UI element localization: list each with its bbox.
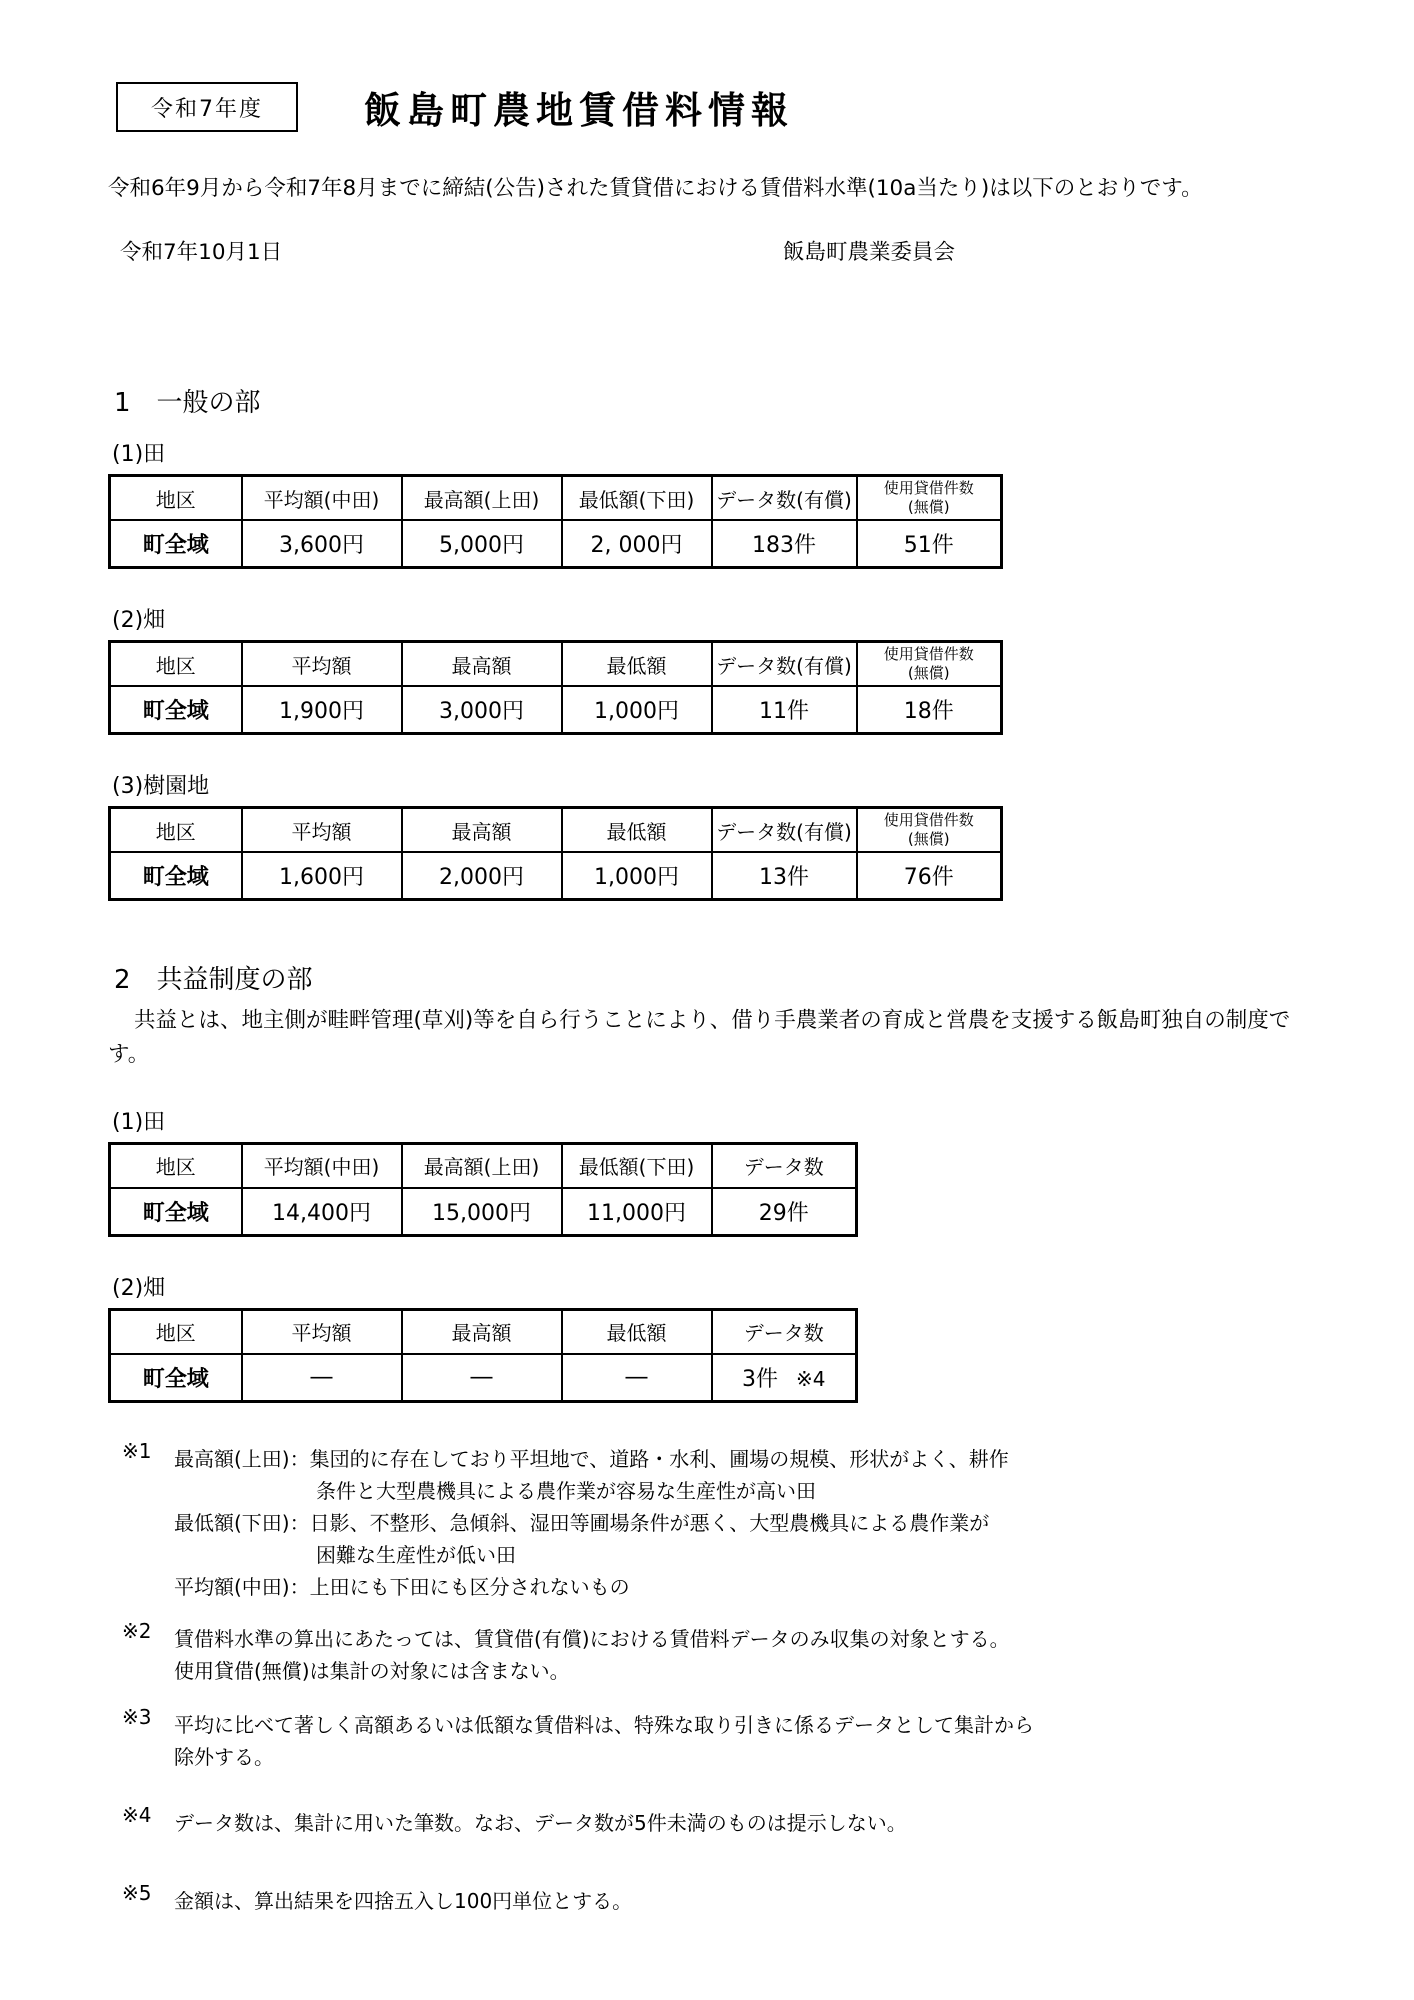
header-line-2: (無償) xyxy=(908,830,950,848)
column-header-min: 最低額(下田) xyxy=(562,1143,712,1188)
general-field-caption: (2)畑 xyxy=(112,603,1309,634)
column-header-data-count: データ数 xyxy=(712,1309,857,1354)
footnote-text: 賃借料水準の算出にあたっては、賃貸借(有償)における賃借料データのみ収集の対象と… xyxy=(174,1623,1010,1687)
footnote-line: 最高額(上田)：集団的に存在しており平坦地で、道路・水利、圃場の規模、形状がよく… xyxy=(174,1443,1009,1475)
cell-district: 町全域 xyxy=(110,852,242,900)
cell-max: 3,000円 xyxy=(402,686,562,734)
footnote-line: 平均に比べて著しく高額あるいは低額な賃借料は、特殊な取り引きに係るデータとして集… xyxy=(174,1709,1034,1741)
table-row: 町全域 3,600円 5,000円 2, 000円 183件 51件 xyxy=(110,520,1002,568)
cell-min: 2, 000円 xyxy=(562,520,712,568)
cell-average: 3,600円 xyxy=(242,520,402,568)
table-row: 町全域 1,600円 2,000円 1,000円 13件 76件 xyxy=(110,852,1002,900)
footnote-line: 金額は、算出結果を四捨五入し100円単位とする。 xyxy=(174,1885,632,1917)
column-header-district: 地区 xyxy=(110,476,242,521)
general-rice-caption: (1)田 xyxy=(112,437,1309,468)
footnote-text: 平均に比べて著しく高額あるいは低額な賃借料は、特殊な取り引きに係るデータとして集… xyxy=(174,1709,1034,1773)
column-header-average: 平均額(中田) xyxy=(242,476,402,521)
document-header: 令和7年度 飯島町農地賃借料情報 xyxy=(116,80,1309,134)
header-row: 地区 平均額(中田) 最高額(上田) 最低額(下田) データ数(有償) 使用貸借… xyxy=(110,476,1002,521)
cell-max: 15,000円 xyxy=(402,1188,562,1236)
cell-data-count: 11件 xyxy=(712,686,857,734)
cell-data-count: 13件 xyxy=(712,852,857,900)
cell-free-loan-count: 76件 xyxy=(857,852,1002,900)
cell-max: ― xyxy=(402,1354,562,1402)
footnote-marker: ※3 xyxy=(122,1705,174,1773)
column-header-average: 平均額 xyxy=(242,642,402,687)
footnote-marker: ※2 xyxy=(122,1619,174,1687)
cell-max: 5,000円 xyxy=(402,520,562,568)
kyoeki-field-table: 地区 平均額 最高額 最低額 データ数 町全域 ― ― ― 3件※4 xyxy=(108,1308,858,1403)
column-header-min: 最低額 xyxy=(562,1309,712,1354)
date-row: 令和7年10月1日 飯島町農業委員会 xyxy=(120,235,1309,266)
column-header-max: 最高額 xyxy=(402,1309,562,1354)
committee-name: 飯島町農業委員会 xyxy=(783,235,955,266)
cell-min: 1,000円 xyxy=(562,852,712,900)
footnote-line: 使用貸借(無償)は集計の対象には含まない。 xyxy=(174,1655,1010,1687)
footnote-2: ※2 賃借料水準の算出にあたっては、賃貸借(有償)における賃借料データのみ収集の… xyxy=(122,1623,1309,1687)
cell-min: ― xyxy=(562,1354,712,1402)
column-header-max: 最高額 xyxy=(402,642,562,687)
fiscal-year-box: 令和7年度 xyxy=(116,82,298,132)
header-line-2: (無償) xyxy=(908,664,950,682)
column-header-average: 平均額 xyxy=(242,808,402,853)
data-count-value: 3件 xyxy=(742,1367,778,1392)
column-header-average: 平均額 xyxy=(242,1309,402,1354)
cell-min: 11,000円 xyxy=(562,1188,712,1236)
fiscal-year-label: 令和7年度 xyxy=(151,92,263,123)
table-row: 町全域 1,900円 3,000円 1,000円 11件 18件 xyxy=(110,686,1002,734)
footnote-text: 金額は、算出結果を四捨五入し100円単位とする。 xyxy=(174,1885,632,1917)
footnote-line: 条件と大型農機具による農作業が容易な生産性が高い田 xyxy=(174,1475,1009,1507)
header-line-1: 使用貸借件数 xyxy=(884,811,974,829)
section-kyoeki-heading: 2 共益制度の部 xyxy=(114,959,1309,996)
footnote-marker: ※4 xyxy=(122,1803,174,1839)
column-header-district: 地区 xyxy=(110,642,242,687)
cell-data-count: 183件 xyxy=(712,520,857,568)
column-header-data-count: データ数(有償) xyxy=(712,642,857,687)
footnote-3: ※3 平均に比べて著しく高額あるいは低額な賃借料は、特殊な取り引きに係るデータと… xyxy=(122,1709,1309,1773)
column-header-free-loan-count: 使用貸借件数 (無償) xyxy=(857,476,1002,521)
kyoeki-description: 共益とは、地主側が畦畔管理(草刈)等を自ら行うことにより、借り手農業者の育成と営… xyxy=(108,1004,1309,1071)
cell-max: 2,000円 xyxy=(402,852,562,900)
footnote-line: 困難な生産性が低い田 xyxy=(174,1539,1009,1571)
column-header-data-count: データ数 xyxy=(712,1143,857,1188)
cell-district: 町全域 xyxy=(110,1188,242,1236)
general-orchard-caption: (3)樹園地 xyxy=(112,769,1309,800)
general-orchard-table: 地区 平均額 最高額 最低額 データ数(有償) 使用貸借件数 (無償) 町全域 … xyxy=(108,806,1003,901)
footnote-line: データ数は、集計に用いた筆数。なお、データ数が5件未満のものは提示しない。 xyxy=(174,1807,907,1839)
page-title: 飯島町農地賃借料情報 xyxy=(364,80,794,134)
intro-paragraph: 令和6年9月から令和7年8月までに締結(公告)された賃貸借における賃借料水準(1… xyxy=(108,172,1309,205)
column-header-max: 最高額(上田) xyxy=(402,476,562,521)
cell-free-loan-count: 18件 xyxy=(857,686,1002,734)
cell-data-count: 3件※4 xyxy=(712,1354,857,1402)
cell-average: 14,400円 xyxy=(242,1188,402,1236)
header-line-2: (無償) xyxy=(908,498,950,516)
document-page: 令和7年度 飯島町農地賃借料情報 令和6年9月から令和7年8月までに締結(公告)… xyxy=(0,0,1414,2000)
column-header-min: 最低額 xyxy=(562,642,712,687)
kyoeki-field-caption: (2)畑 xyxy=(112,1271,1309,1302)
column-header-district: 地区 xyxy=(110,1309,242,1354)
kyoeki-rice-table: 地区 平均額(中田) 最高額(上田) 最低額(下田) データ数 町全域 14,4… xyxy=(108,1142,858,1237)
footnotes: ※1 最高額(上田)：集団的に存在しており平坦地で、道路・水利、圃場の規模、形状… xyxy=(108,1443,1309,1917)
header-row: 地区 平均額(中田) 最高額(上田) 最低額(下田) データ数 xyxy=(110,1143,857,1188)
column-header-data-count: データ数(有償) xyxy=(712,808,857,853)
footnote-marker: ※1 xyxy=(122,1439,174,1603)
cell-district: 町全域 xyxy=(110,686,242,734)
footnote-line: 平均額(中田)：上田にも下田にも区分されないもの xyxy=(174,1571,1009,1603)
cell-data-count: 29件 xyxy=(712,1188,857,1236)
header-row: 地区 平均額 最高額 最低額 データ数(有償) 使用貸借件数 (無償) xyxy=(110,808,1002,853)
cell-free-loan-count: 51件 xyxy=(857,520,1002,568)
cell-min: 1,000円 xyxy=(562,686,712,734)
header-row: 地区 平均額 最高額 最低額 データ数(有償) 使用貸借件数 (無償) xyxy=(110,642,1002,687)
section-general-heading: 1 一般の部 xyxy=(114,382,1309,419)
column-header-free-loan-count: 使用貸借件数 (無償) xyxy=(857,808,1002,853)
footnote-4: ※4 データ数は、集計に用いた筆数。なお、データ数が5件未満のものは提示しない。 xyxy=(122,1807,1309,1839)
column-header-max: 最高額 xyxy=(402,808,562,853)
footnote-5: ※5 金額は、算出結果を四捨五入し100円単位とする。 xyxy=(122,1885,1309,1917)
footnote-1: ※1 最高額(上田)：集団的に存在しており平坦地で、道路・水利、圃場の規模、形状… xyxy=(122,1443,1309,1603)
column-header-data-count: データ数(有償) xyxy=(712,476,857,521)
cell-average: 1,600円 xyxy=(242,852,402,900)
kyoeki-rice-caption: (1)田 xyxy=(112,1105,1309,1136)
general-field-table: 地区 平均額 最高額 最低額 データ数(有償) 使用貸借件数 (無償) 町全域 … xyxy=(108,640,1003,735)
cell-district: 町全域 xyxy=(110,1354,242,1402)
column-header-max: 最高額(上田) xyxy=(402,1143,562,1188)
column-header-min: 最低額(下田) xyxy=(562,476,712,521)
table-row: 町全域 ― ― ― 3件※4 xyxy=(110,1354,857,1402)
header-line-1: 使用貸借件数 xyxy=(884,645,974,663)
column-header-free-loan-count: 使用貸借件数 (無償) xyxy=(857,642,1002,687)
column-header-min: 最低額 xyxy=(562,808,712,853)
footnote-ref-4: ※4 xyxy=(796,1367,825,1391)
cell-average: ― xyxy=(242,1354,402,1402)
column-header-district: 地区 xyxy=(110,1143,242,1188)
header-row: 地区 平均額 最高額 最低額 データ数 xyxy=(110,1309,857,1354)
cell-district: 町全域 xyxy=(110,520,242,568)
column-header-district: 地区 xyxy=(110,808,242,853)
cell-average: 1,900円 xyxy=(242,686,402,734)
footnote-line: 除外する。 xyxy=(174,1741,1034,1773)
issue-date: 令和7年10月1日 xyxy=(120,235,282,266)
footnote-marker: ※5 xyxy=(122,1881,174,1917)
footnote-text: 最高額(上田)：集団的に存在しており平坦地で、道路・水利、圃場の規模、形状がよく… xyxy=(174,1443,1009,1603)
footnote-line: 賃借料水準の算出にあたっては、賃貸借(有償)における賃借料データのみ収集の対象と… xyxy=(174,1623,1010,1655)
column-header-average: 平均額(中田) xyxy=(242,1143,402,1188)
footnote-line: 最低額(下田)：日影、不整形、急傾斜、湿田等圃場条件が悪く、大型農機具による農作… xyxy=(174,1507,1009,1539)
table-row: 町全域 14,400円 15,000円 11,000円 29件 xyxy=(110,1188,857,1236)
footnote-text: データ数は、集計に用いた筆数。なお、データ数が5件未満のものは提示しない。 xyxy=(174,1807,907,1839)
header-line-1: 使用貸借件数 xyxy=(884,479,974,497)
general-rice-table: 地区 平均額(中田) 最高額(上田) 最低額(下田) データ数(有償) 使用貸借… xyxy=(108,474,1003,569)
